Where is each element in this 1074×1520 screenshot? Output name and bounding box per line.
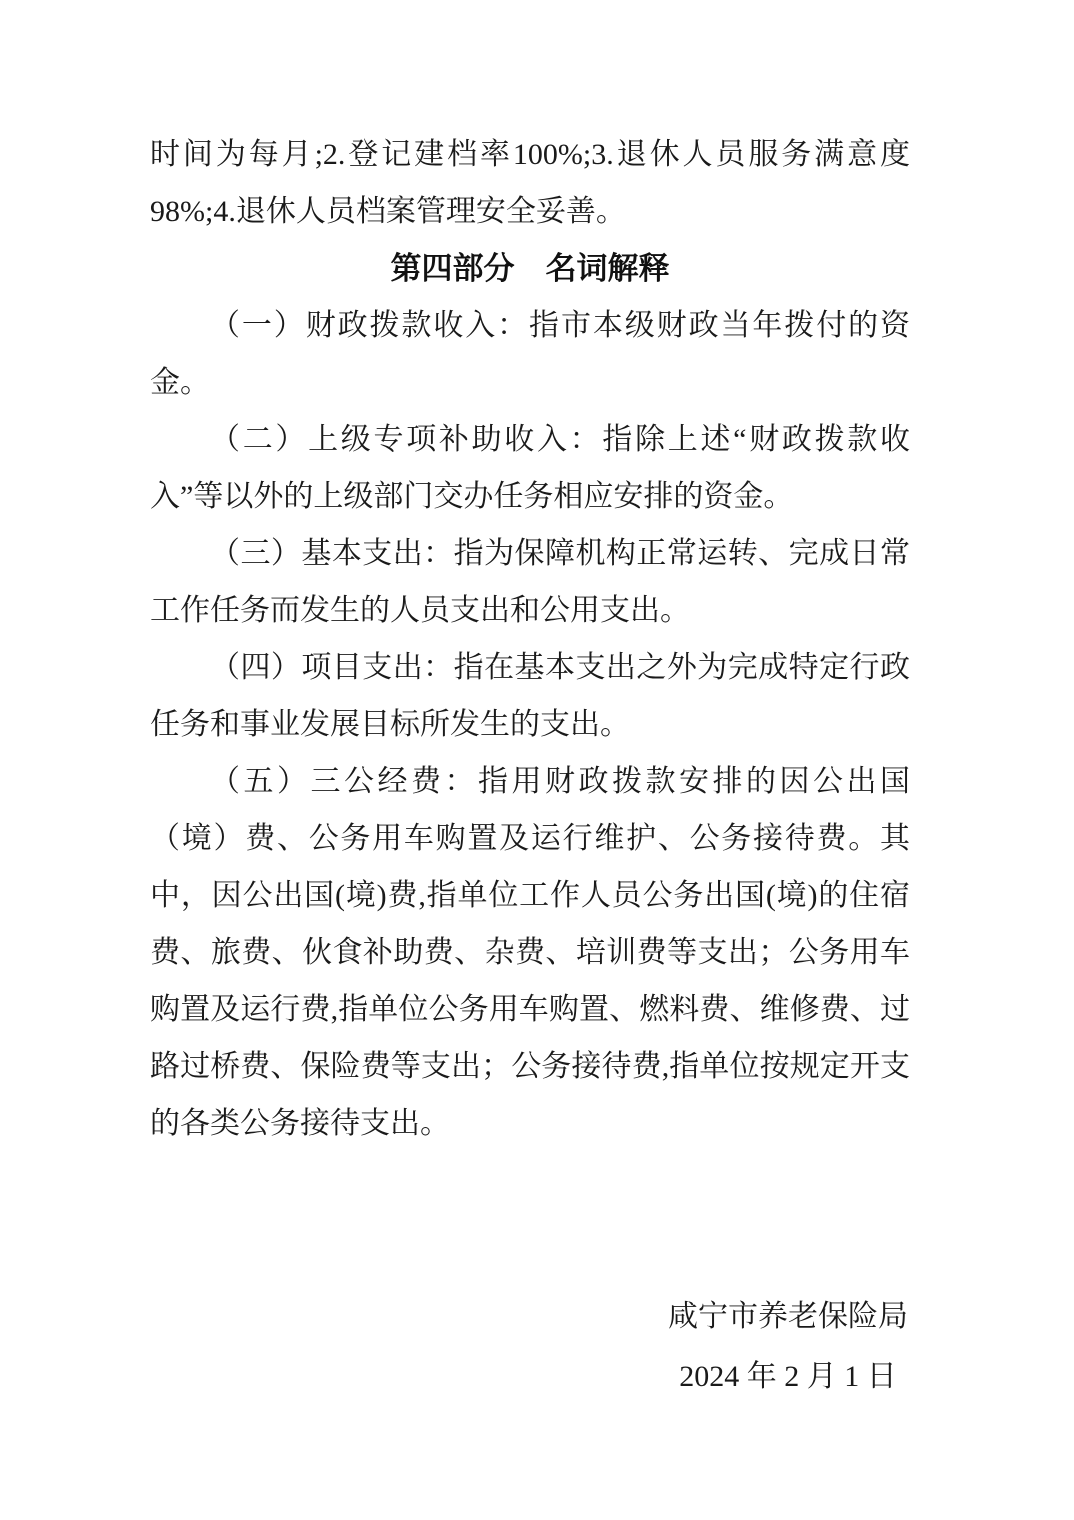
signature-date: 2024 年 2 月 1 日 xyxy=(668,1347,908,1407)
term-paragraph-basic-expenditure: （三）基本支出：指为保障机构正常运转、完成日常工作任务而发生的人员支出和公用支出… xyxy=(150,525,910,639)
term-paragraph-three-public-funds: （五）三公经费：指用财政拨款安排的因公出国（境）费、公务用车购置及运行维护、公务… xyxy=(150,753,910,1152)
document-page: 时间为每月;2.登记建档率100%;3.退休人员服务满意度98%;4.退休人员档… xyxy=(0,0,1074,1520)
signature-block: 咸宁市养老保险局 2024 年 2 月 1 日 xyxy=(668,1287,908,1407)
section-heading: 第四部分 名词解释 xyxy=(150,240,910,297)
term-paragraph-superior-special-subsidy-income: （二）上级专项补助收入：指除上述“财政拨款收入”等以外的上级部门交办任务相应安排… xyxy=(150,411,910,525)
intro-paragraph: 时间为每月;2.登记建档率100%;3.退休人员服务满意度98%;4.退休人员档… xyxy=(150,126,910,240)
term-paragraph-project-expenditure: （四）项目支出：指在基本支出之外为完成特定行政任务和事业发展目标所发生的支出。 xyxy=(150,639,910,753)
signature-organization: 咸宁市养老保险局 xyxy=(668,1287,908,1347)
term-paragraph-fiscal-appropriation-income: （一）财政拨款收入：指市本级财政当年拨付的资金。 xyxy=(150,297,910,411)
